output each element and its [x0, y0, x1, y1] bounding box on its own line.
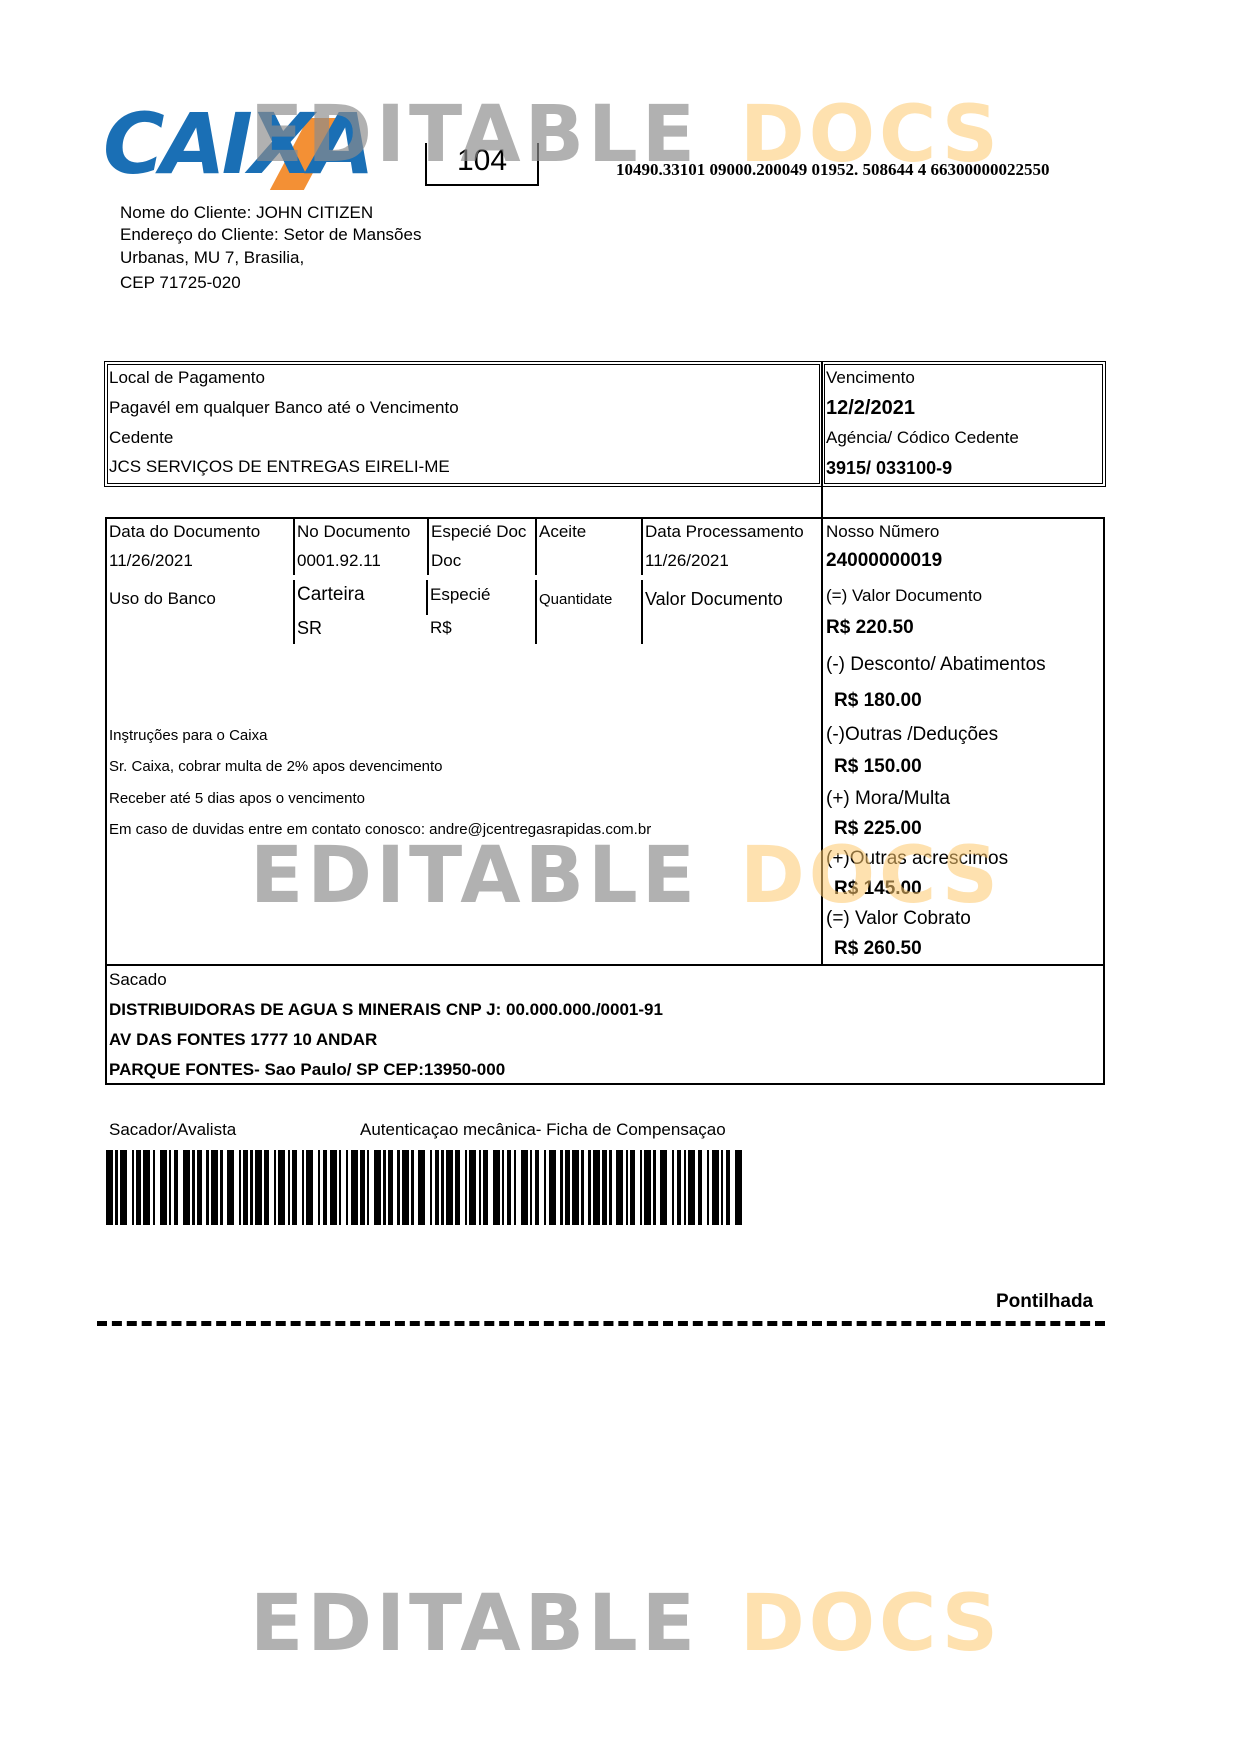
sacado-city: PARQUE FONTES- Sao Paulo/ SP CEP:13950-0…: [109, 1059, 505, 1081]
caixa-logo: CAIXA: [103, 108, 409, 188]
valor-cobrado-label: (=) Valor Cobrato: [826, 909, 971, 929]
table-border-sacado-top: [105, 964, 1105, 966]
cedente-label: Cedente: [109, 428, 173, 448]
table-border-right: [1103, 517, 1105, 1085]
col-divider: [535, 517, 537, 575]
barcode: [106, 1150, 746, 1225]
vencimento-value: 12/2/2021: [826, 397, 915, 419]
watermark-docs: DOCS: [740, 1584, 1002, 1664]
caixa-logo-text: CAIXA: [103, 94, 371, 194]
sacador-avalista-label: Sacador/Avalista: [109, 1120, 236, 1140]
client-name: Nome do Cliente: JOHN CITIZEN: [120, 203, 373, 223]
cut-line-dashed: [97, 1321, 1105, 1326]
outros-acrescimos-label: (+)Outras acrescimos: [826, 849, 1008, 869]
especie-doc-value: Doc: [431, 551, 461, 571]
sacado-name: DISTRIBUIDORAS DE AGUA S MINERAIS CNP J:…: [109, 999, 663, 1021]
uso-banco-label: Uso do Banco: [109, 589, 216, 609]
col-divider: [535, 580, 537, 644]
data-documento-value: 11/26/2021: [109, 551, 193, 571]
quantidade-label: Quantidate: [539, 591, 612, 609]
valor-cobrado-value: R$ 260.50: [834, 938, 922, 960]
cedente-value: JCS SERVIÇOS DE ENTREGAS EIRELI-ME: [109, 457, 450, 477]
table-border-bottom: [105, 1083, 1105, 1085]
desconto-value: R$ 180.00: [834, 690, 922, 712]
instructions-title: Inştruções para o Caixa: [109, 727, 267, 745]
instruction-line: Receber até 5 dias apos o vencimento: [109, 790, 365, 808]
client-address-2: Urbanas, MU 7, Brasilia,: [120, 248, 304, 268]
valor-documento-label: Valor Documento: [645, 589, 783, 609]
data-processamento-value: 11/26/2021: [645, 551, 729, 571]
linha-digitavel: 10490.33101 09000.200049 01952. 508644 4…: [616, 160, 1050, 180]
outros-acrescimos-value: R$ 145.00: [834, 878, 922, 900]
sacado-label: Sacado: [109, 970, 167, 990]
instruction-line: Sr. Caixa, cobrar multa de 2% apos deven…: [109, 758, 443, 776]
bank-code: 104: [425, 143, 539, 186]
sacado-address: AV DAS FONTES 1777 10 ANDAR: [109, 1029, 377, 1051]
client-address-1: Endereço do Cliente: Setor de Mansões: [120, 225, 421, 245]
no-documento-label: No Documento: [297, 522, 410, 542]
watermark-editable: EDITABLE: [250, 1584, 699, 1664]
autenticacao-label: Autenticaçao mecânica- Ficha de Compensa…: [360, 1120, 726, 1140]
col-divider: [641, 517, 643, 575]
local-pagamento-label: Local de Pagamento: [109, 368, 265, 388]
agencia-label: Agéncia/ Códico Cedente: [826, 428, 1019, 448]
col-divider: [293, 517, 295, 575]
outras-deducoes-value: R$ 150.00: [834, 756, 922, 778]
especie-label: Especié: [430, 585, 490, 605]
valor-documento-total-value: R$ 220.50: [826, 617, 914, 639]
outras-deducoes-label: (-)Outras /Deduções: [826, 725, 998, 745]
especie-value: R$: [430, 618, 452, 638]
agencia-value: 3915/ 033100-9: [826, 457, 952, 479]
watermark-editable: EDITABLE: [250, 836, 699, 916]
data-documento-label: Data do Documento: [109, 522, 260, 542]
local-pagamento-value: Pagavél em qualquer Banco até o Vencimen…: [109, 398, 459, 418]
table-border-top: [105, 517, 1105, 519]
valor-documento-total-label: (=) Valor Documento: [826, 586, 982, 606]
mora-multa-value: R$ 225.00: [834, 818, 922, 840]
divider: [821, 487, 823, 518]
especie-doc-label: Especié Doc: [431, 522, 526, 542]
nosso-numero-label: Nosso Nũmero: [826, 522, 939, 542]
instruction-line: Em caso de duvidas entre em contato cono…: [109, 821, 651, 839]
mora-multa-label: (+) Mora/Multa: [826, 789, 950, 809]
client-cep: CEP 71725-020: [120, 273, 241, 293]
col-divider: [427, 517, 429, 575]
col-divider: [426, 580, 428, 615]
carteira-label: Carteira: [297, 585, 365, 605]
nosso-numero-value: 24000000019: [826, 550, 942, 572]
no-documento-value: 0001.92.11: [297, 551, 381, 571]
cut-line-label: Pontilhada: [996, 1291, 1093, 1313]
desconto-label: (-) Desconto/ Abatimentos: [826, 655, 1046, 675]
col-divider: [641, 580, 643, 644]
table-divider-right-col: [821, 517, 823, 966]
aceite-label: Aceite: [539, 522, 586, 542]
vencimento-label: Vencimento: [826, 368, 915, 388]
carteira-value: SR: [297, 618, 322, 638]
col-divider: [293, 580, 295, 644]
table-border-left: [105, 517, 107, 1085]
data-processamento-label: Data Processamento: [645, 522, 804, 542]
